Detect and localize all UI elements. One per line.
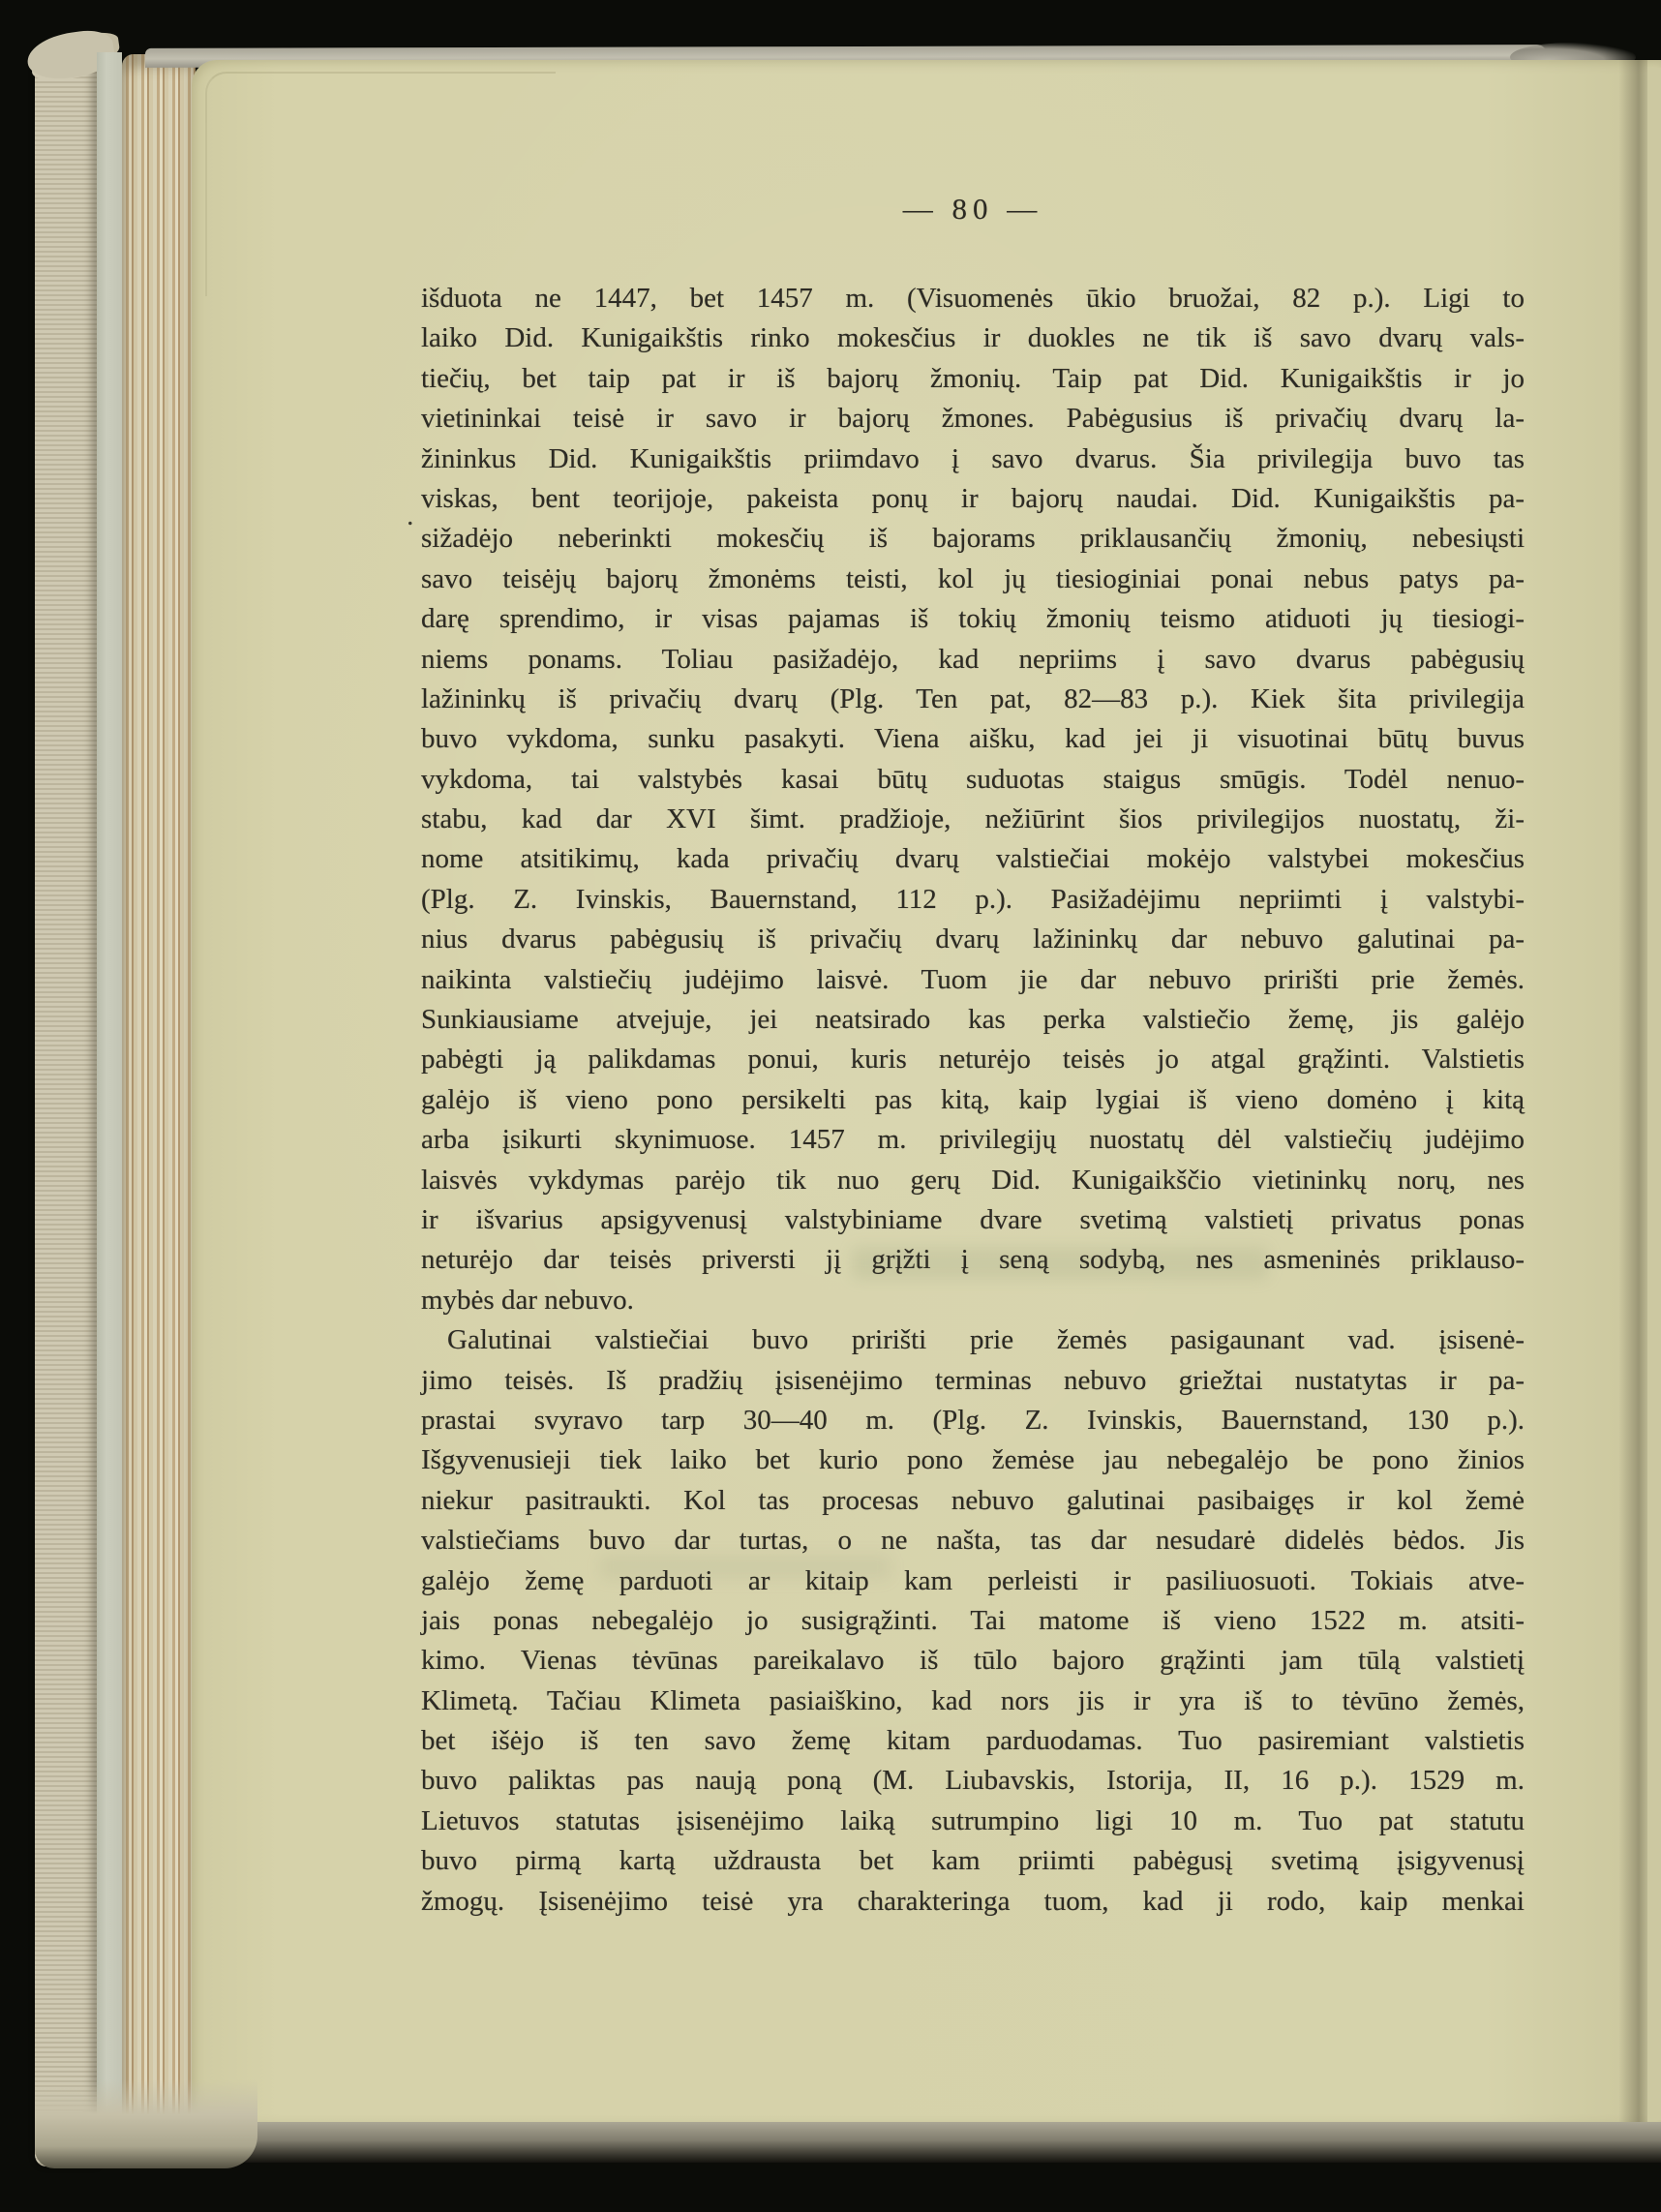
text-line: Sunkiausiame atvejuje, jei neatsirado ka… (421, 1000, 1525, 1040)
text-line: žininkus Did. Kunigaikštis priimdavo į s… (421, 439, 1525, 479)
page-stack-edges (122, 54, 196, 2137)
text-line: išduota ne 1447, bet 1457 m. (Visuomenės… (421, 279, 1525, 318)
text-line: naikinta valstiečių judėjimo laisvė. Tuo… (421, 960, 1525, 1000)
text-line: niems ponams. Toliau pasižadėjo, kad nep… (421, 640, 1525, 680)
page-corner-emboss (205, 72, 556, 296)
text-line: galėjo iš vieno pono persikelti pas kitą… (421, 1080, 1525, 1120)
text-line: (Plg. Z. Ivinskis, Bauernstand, 112 p.).… (421, 880, 1525, 920)
text-line: nius dvarus pabėgusių iš privačių dvarų … (421, 920, 1525, 959)
text-line: prastai svyravo tarp 30—40 m. (Plg. Z. I… (421, 1401, 1525, 1440)
text-line: Lietuvos statutas įsisenėjimo laiką sutr… (421, 1802, 1525, 1841)
text-line: buvo pirmą kartą uždrausta bet kam priim… (421, 1841, 1525, 1881)
text-line: tiečių, bet taip pat ir iš bajorų žmonių… (421, 359, 1525, 399)
text-line: mybės dar nebuvo. (421, 1281, 1525, 1320)
text-line: sižadėjo neberinkti mokesčių iš bajorams… (421, 519, 1525, 559)
text-line: nome atsitikimų, kada privačių dvarų val… (421, 839, 1525, 879)
text-line: stabu, kad dar XVI šimt. pradžioje, neži… (421, 800, 1525, 839)
text-line: pabėgti ją palikdamas ponui, kuris netur… (421, 1040, 1525, 1079)
text-line: ir išvarius apsigyvenusį valstybiniame d… (421, 1200, 1525, 1240)
text-line: jais ponas nebegalėjo jo susigrąžinti. T… (421, 1601, 1525, 1641)
text-line: arba įsikurti skynimuose. 1457 m. privil… (421, 1120, 1525, 1160)
text-line: Išgyvenusieji tiek laiko bet kurio pono … (421, 1440, 1525, 1480)
text-line: valstiečiams buvo dar turtas, o ne našta… (421, 1521, 1525, 1561)
text-line: vykdoma, tai valstybės kasai būtų suduot… (421, 760, 1525, 800)
page-right-crease (1618, 60, 1647, 2122)
text-line: Galutinai valstiečiai buvo pririšti prie… (421, 1320, 1525, 1360)
text-line: laisvės vykdymas parėjo tik nuo gerų Did… (421, 1161, 1525, 1200)
book-cover-edge (35, 45, 97, 2167)
text-line: Klimetą. Tačiau Klimeta pasiaiškino, kad… (421, 1682, 1525, 1721)
text-line: žmogų. Įsisenėjimo teisė yra charakterin… (421, 1882, 1525, 1922)
text-line: bet išėjo iš ten savo žemę kitam parduod… (421, 1721, 1525, 1761)
text-line: neturėjo dar teisės priversti jį grįžti … (421, 1240, 1525, 1280)
text-line: savo teisėjų bajorų žmonėms teisti, kol … (421, 560, 1525, 599)
text-line: buvo vykdoma, sunku pasakyti. Viena aišk… (421, 719, 1525, 759)
text-line: kimo. Vienas tėvūnas pareikalavo iš tūlo… (421, 1641, 1525, 1681)
next-page-edge (1647, 68, 1661, 2120)
cover-bottom-corner (35, 2079, 257, 2168)
page-bottom-edge (180, 2122, 1661, 2163)
margin-artifact-dot: . (407, 500, 414, 532)
endpaper-edge (97, 52, 122, 2139)
text-line: vietininkai teisė ir savo ir bajorų žmon… (421, 399, 1525, 439)
text-line: jimo teisės. Iš pradžių įsisenėjimo term… (421, 1361, 1525, 1401)
text-line: galėjo žemę parduoti ar kitaip kam perle… (421, 1561, 1525, 1601)
text-line: niekur pasitraukti. Kol tas procesas neb… (421, 1481, 1525, 1521)
text-line: darę sprendimo, ir visas pajamas iš toki… (421, 599, 1525, 639)
body-text: išduota ne 1447, bet 1457 m. (Visuomenės… (421, 279, 1525, 1922)
text-line: lažininkų iš privačių dvarų (Plg. Ten pa… (421, 680, 1525, 719)
book-page-photo: — 80 — . išduota ne 1447, bet 1457 m. (V… (0, 0, 1661, 2212)
page-number: — 80 — (421, 192, 1525, 227)
text-line: buvo paliktas pas naują poną (M. Liubavs… (421, 1761, 1525, 1801)
text-line: viskas, bent teorijoje, pakeista ponų ir… (421, 479, 1525, 519)
text-line: laiko Did. Kunigaikštis rinko mokesčius … (421, 318, 1525, 358)
